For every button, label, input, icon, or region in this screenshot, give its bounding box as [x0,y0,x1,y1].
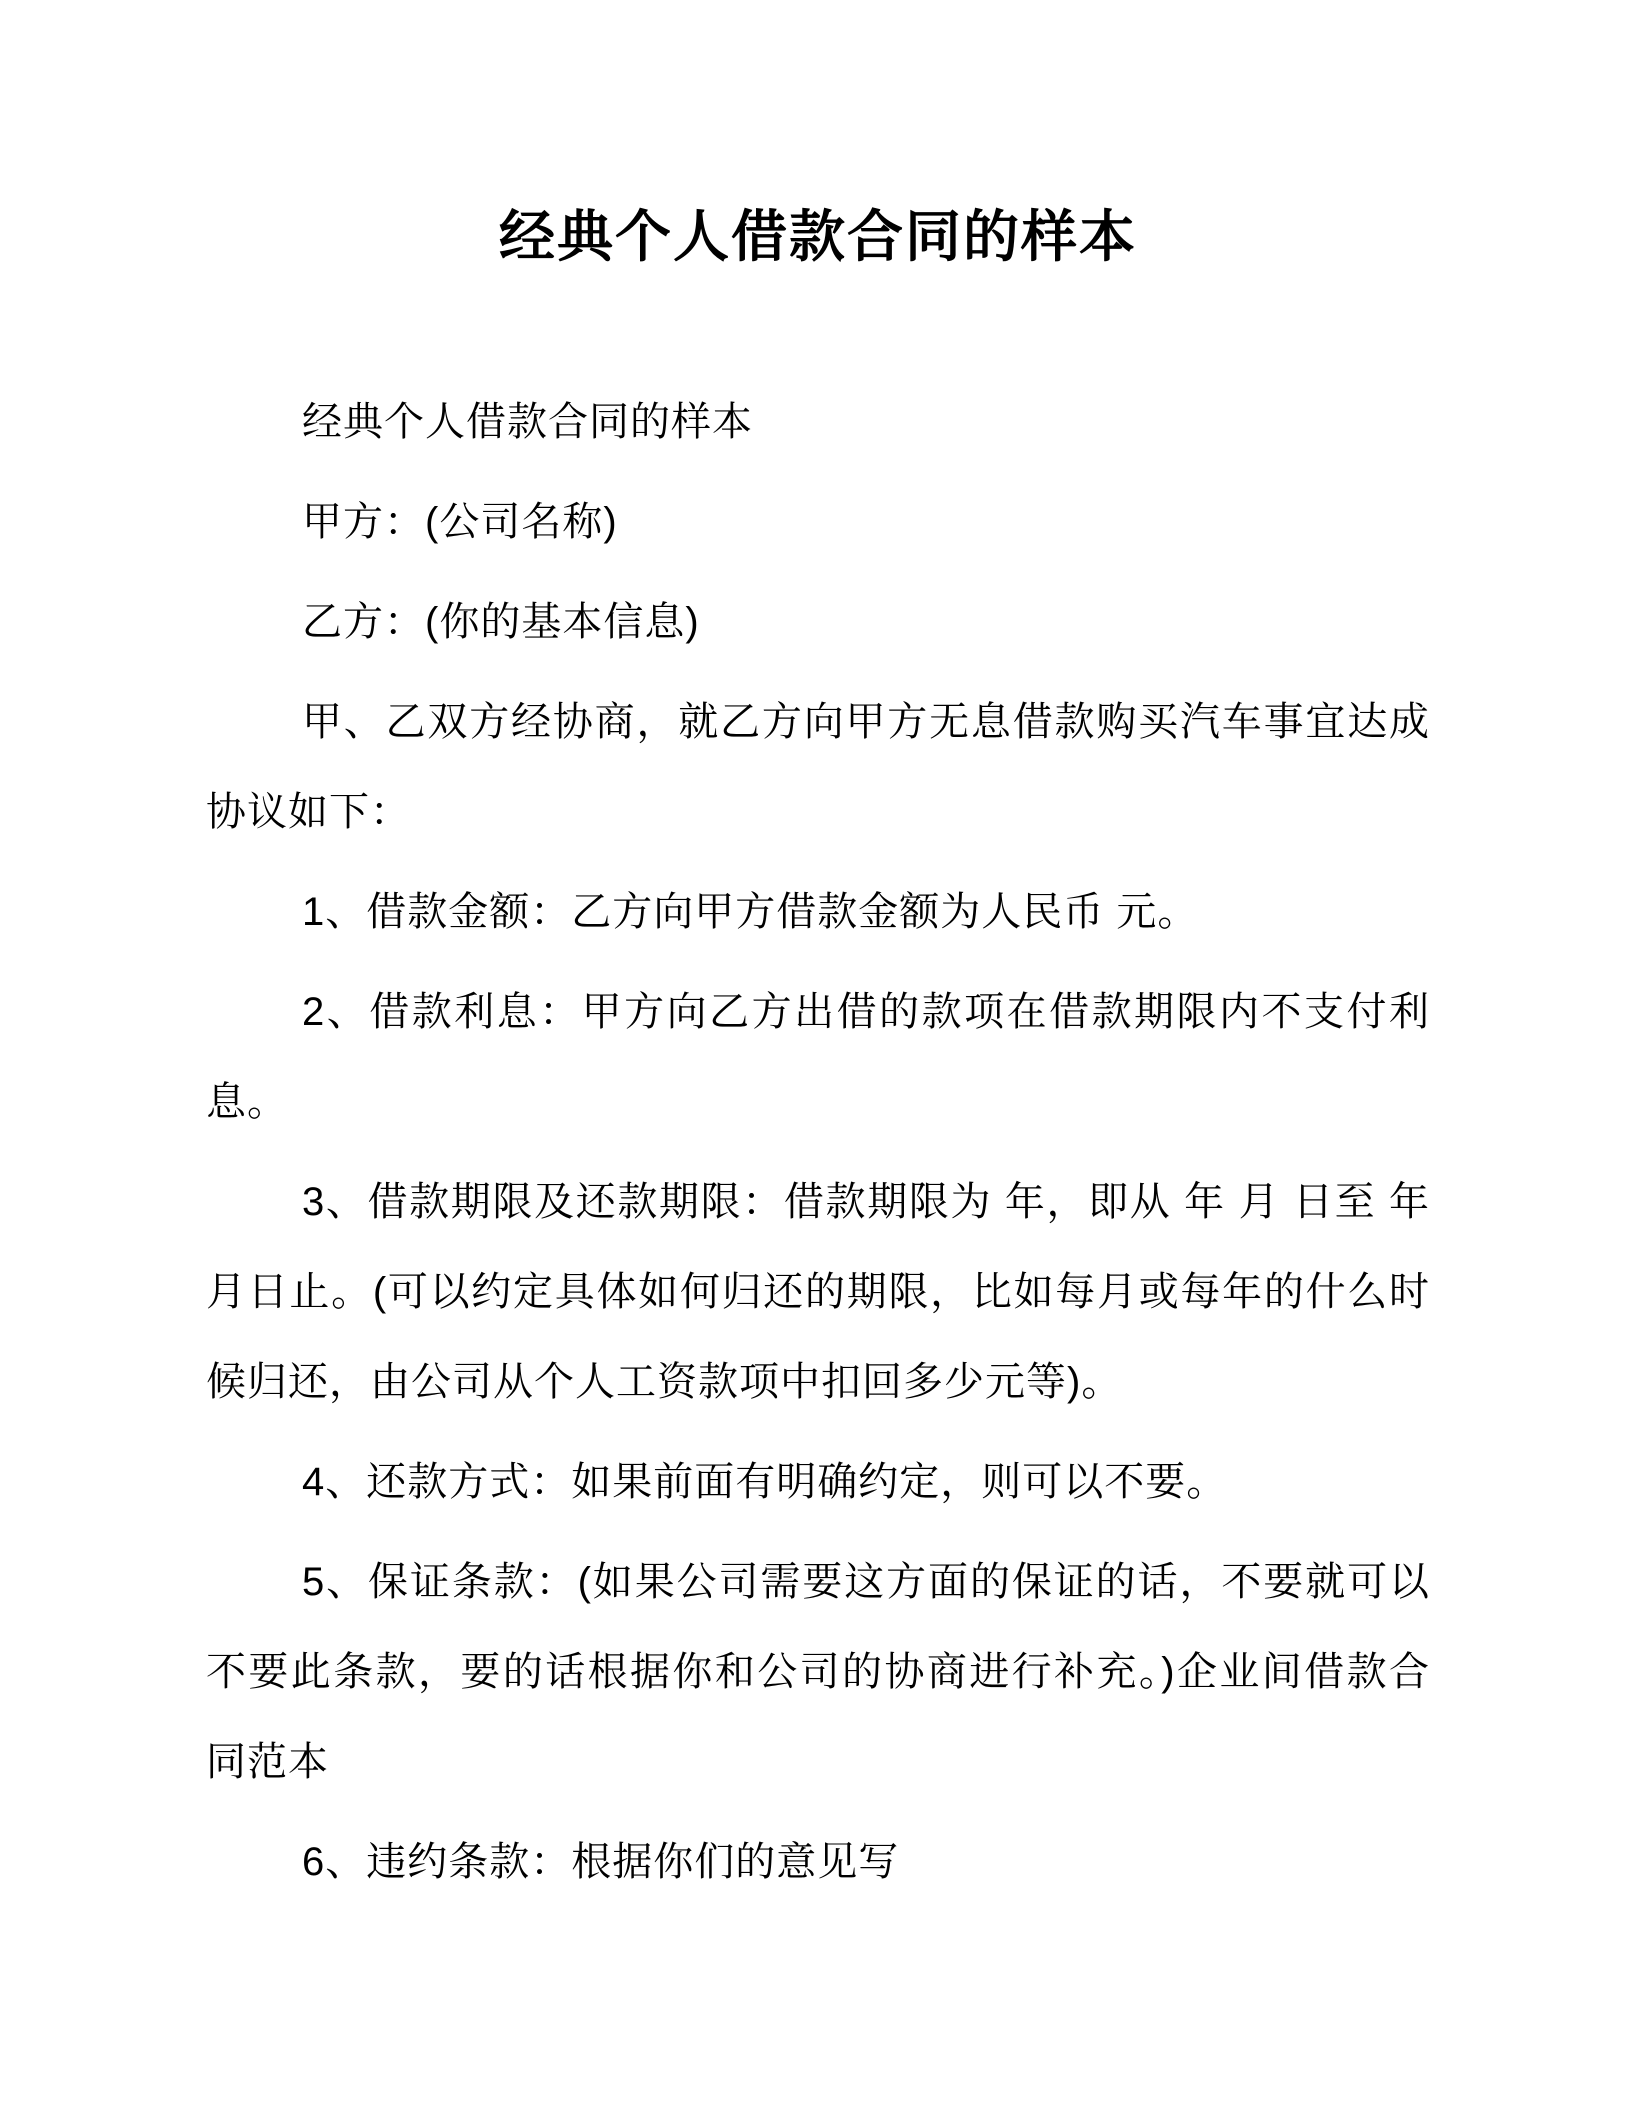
document-page: 经典个人借款合同的样本 经典个人借款合同的样本甲方：(公司名称)乙方：(你的基本… [0,0,1632,2112]
paragraph: 4、还款方式：如果前面有明确约定，则可以不要。 [206,1437,1430,1527]
paragraph: 乙方：(你的基本信息) [206,577,1430,667]
document-body: 经典个人借款合同的样本甲方：(公司名称)乙方：(你的基本信息)甲、乙双方经协商，… [206,377,1430,1907]
paragraph: 甲方：(公司名称) [206,477,1430,567]
paragraph: 6、违约条款：根据你们的意见写 [206,1817,1430,1907]
paragraph: 5、保证条款：(如果公司需要这方面的保证的话，不要就可以不要此条款，要的话根据你… [206,1537,1430,1807]
paragraph: 2、借款利息：甲方向乙方出借的款项在借款期限内不支付利息。 [206,967,1430,1147]
paragraph: 经典个人借款合同的样本 [206,377,1430,467]
document-title: 经典个人借款合同的样本 [206,205,1430,269]
paragraph: 1、借款金额：乙方向甲方借款金额为人民币 元。 [206,867,1430,957]
paragraph: 3、借款期限及还款期限：借款期限为 年，即从 年 月 日至 年 月日止。(可以约… [206,1157,1430,1427]
paragraph: 甲、乙双方经协商，就乙方向甲方无息借款购买汽车事宜达成协议如下： [206,677,1430,857]
